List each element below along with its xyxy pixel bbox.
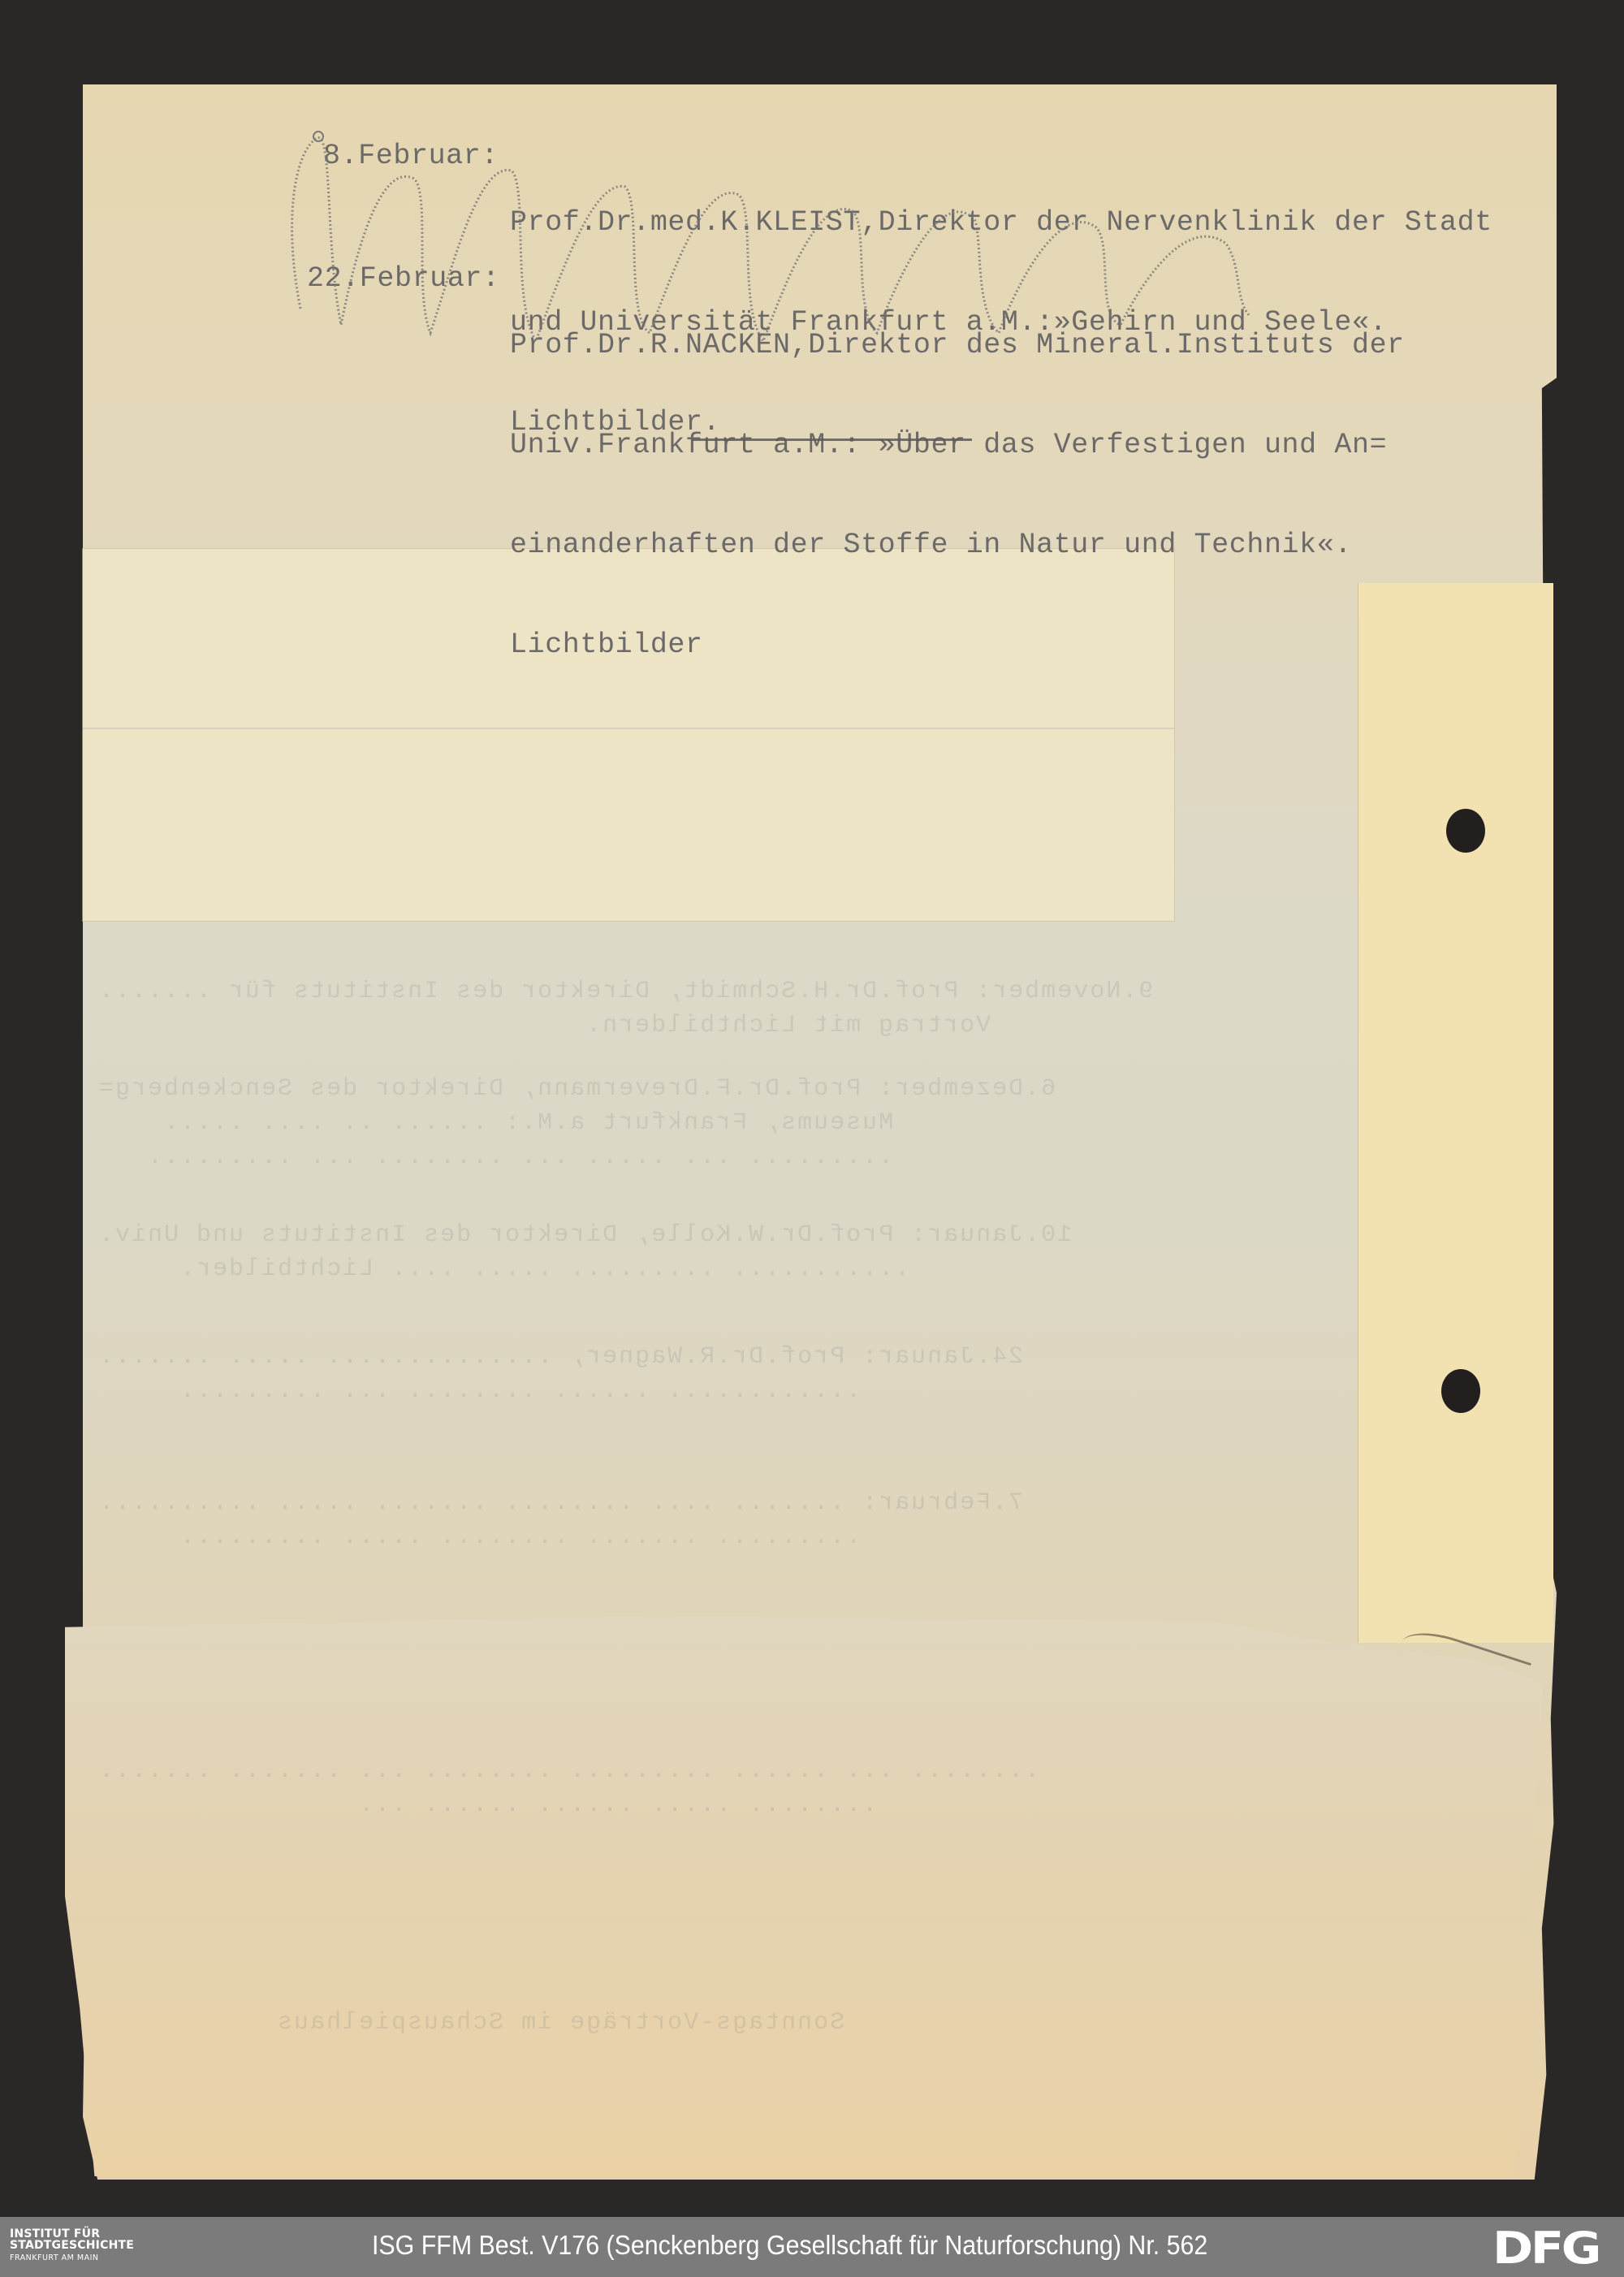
show-through-text: 9.November: Prof.Dr.H.Schmidt, Direktor … [97,974,1153,1043]
entry-line: Lichtbilder [510,629,1405,662]
show-through-text: Sonntags-Vorträge im Schauspielhaus [276,2006,844,2040]
punch-hole-icon [1441,1369,1480,1413]
dfg-logo: DFG [1492,2227,1599,2271]
show-through-text: 24.Januar: Prof.Dr.R.Wagner, ...........… [97,1340,1023,1408]
archive-caption: ISG FFM Best. V176 (Senckenberg Gesellsc… [372,2230,1207,2261]
logo-line: STADTGESCHICHTE [10,2240,134,2251]
document-sheet-lower-fold [65,1616,1543,2176]
typed-text-block: 8.Februar: Prof.Dr.med.K.KLEIST,Direktor… [0,0,35,133]
logo-line: FRANKFURT AM MAIN [10,2253,134,2264]
show-through-text: 10.Januar: Prof.Dr.W.Kolle, Direktor des… [97,1218,1072,1286]
show-through-text: 7.Februar: ....... .... ........ .......… [97,1486,1023,1554]
separator-rule [692,439,972,441]
show-through-text: ........ ... ...... ......... ........ .… [97,1754,1039,1822]
logo-line: INSTITUT FÜR [10,2228,134,2240]
show-through-text: 6.Dezember: Prof.Dr.F.Drevermann, Direkt… [97,1072,1056,1174]
isg-logo: INSTITUT FÜR STADTGESCHICHTE FRANKFURT A… [10,2228,134,2264]
entry-line: Univ.Frankfurt a.M.: »Über das Verfestig… [510,429,1405,462]
punch-hole-icon [1446,809,1485,853]
archive-footer-bar: INSTITUT FÜR STADTGESCHICHTE FRANKFURT A… [0,2217,1624,2277]
binding-tab-strip [1358,583,1553,1643]
pencil-scribble [268,130,1389,357]
entry-line: einanderhaften der Stoffe in Natur und T… [510,529,1405,562]
